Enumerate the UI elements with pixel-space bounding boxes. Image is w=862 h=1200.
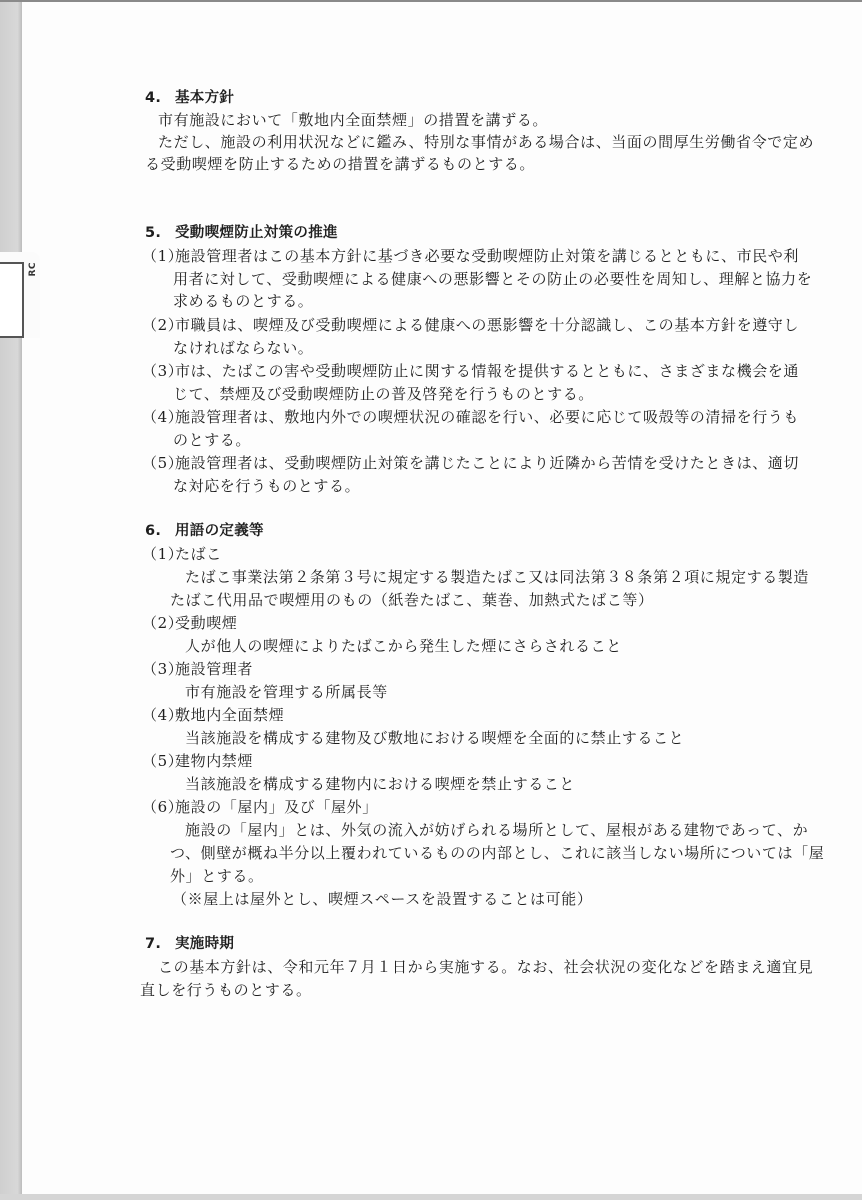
definition-term: 受動喫煙 bbox=[175, 612, 237, 634]
definition-term: 敷地内全面禁煙 bbox=[175, 704, 284, 726]
paragraph-line: 市有施設において「敷地内全面禁煙」の措置を講ずる。 bbox=[158, 109, 548, 131]
list-item-line: 施設管理者はこの基本方針に基づき必要な受動喫煙防止対策を講じるとともに、市民や利 bbox=[175, 245, 799, 267]
section-heading-7: 7.実施時期 bbox=[145, 933, 234, 955]
paragraph-line: この基本方針は、令和元年７月１日から実施する。なお、社会状況の変化などを踏まえ適… bbox=[158, 956, 813, 978]
section-title: 用語の定義等 bbox=[175, 523, 264, 539]
definition-line: たばこ代用品で喫煙用のもの（紙巻たばこ、葉巻、加熱式たばこ等） bbox=[170, 589, 654, 611]
definition-line: たばこ事業法第２条第３号に規定する製造たばこ又は同法第３８条第２項に規定する製造 bbox=[185, 566, 809, 588]
list-item-line: じて、禁煙及び受動喫煙防止の普及啓発を行うものとする。 bbox=[173, 383, 594, 405]
section-heading-5: 5.受動喫煙防止対策の推進 bbox=[145, 222, 338, 244]
list-item-line: のとする。 bbox=[173, 429, 251, 451]
paragraph-line: ただし、施設の利用状況などに鑑み、特別な事情がある場合は、当面の間厚生労働省令で… bbox=[158, 131, 814, 153]
list-item-line: なければならない。 bbox=[173, 337, 313, 359]
definition-line: 市有施設を管理する所属長等 bbox=[185, 681, 388, 703]
section-title: 実施時期 bbox=[175, 936, 234, 952]
definition-line: 施設の「屋内」とは、外気の流入が妨げられる場所として、屋根がある建物であって、か bbox=[185, 819, 808, 841]
section-heading-4: 4.基本方針 bbox=[145, 87, 234, 109]
paragraph-line: る受動喫煙を防止するための措置を講ずるものとする。 bbox=[145, 153, 535, 175]
definition-line: つ、側壁が概ね半分以上覆われているものの内部とし、これに該当しない場所については… bbox=[170, 842, 824, 864]
section-title: 受動喫煙防止対策の推進 bbox=[175, 225, 338, 241]
document-page: 4.基本方針 市有施設において「敷地内全面禁煙」の措置を講ずる。 ただし、施設の… bbox=[0, 0, 862, 1200]
definition-term: 建物内禁煙 bbox=[175, 750, 253, 772]
section-title: 基本方針 bbox=[175, 90, 234, 106]
paragraph-line: 直しを行うものとする。 bbox=[140, 979, 312, 1001]
list-item-line: 市は、たばこの害や受動喫煙防止に関する情報を提供するとともに、さまざまな機会を通 bbox=[175, 360, 799, 382]
definition-line: 人が他人の喫煙によりたばこから発生した煙にさらされること bbox=[185, 635, 622, 657]
list-item-line: 用者に対して、受動喫煙による健康への悪影響とその防止の必要性を周知し、理解と協力… bbox=[173, 268, 812, 290]
definition-line: 当該施設を構成する建物内における喫煙を禁止すること bbox=[185, 773, 575, 795]
section-number: 5. bbox=[145, 222, 175, 244]
section-number: 4. bbox=[145, 87, 175, 109]
section-number: 6. bbox=[145, 520, 175, 542]
definition-term: 施設の「屋内」及び「屋外」 bbox=[175, 796, 378, 818]
section-number: 7. bbox=[145, 933, 175, 955]
list-item-line: な対応を行うものとする。 bbox=[173, 475, 360, 497]
definition-term: 施設管理者 bbox=[175, 658, 253, 680]
definition-line: 外」とする。 bbox=[170, 865, 264, 887]
definition-term: たばこ bbox=[175, 543, 222, 565]
definition-note: （※屋上は屋外とし、喫煙スペースを設置することは可能） bbox=[172, 888, 592, 910]
list-item-line: 施設管理者は、受動喫煙防止対策を講じたことにより近隣から苦情を受けたときは、適切 bbox=[175, 452, 799, 474]
definition-line: 当該施設を構成する建物及び敷地における喫煙を全面的に禁止すること bbox=[185, 727, 684, 749]
list-item-line: 施設管理者は、敷地内外での喫煙状況の確認を行い、必要に応じて吸殻等の清掃を行うも bbox=[175, 406, 799, 428]
list-item-line: 市職員は、喫煙及び受動喫煙による健康への悪影響を十分認識し、この基本方針を遵守し bbox=[175, 314, 799, 336]
section-heading-6: 6.用語の定義等 bbox=[145, 520, 264, 542]
list-item-line: 求めるものとする。 bbox=[173, 290, 313, 312]
